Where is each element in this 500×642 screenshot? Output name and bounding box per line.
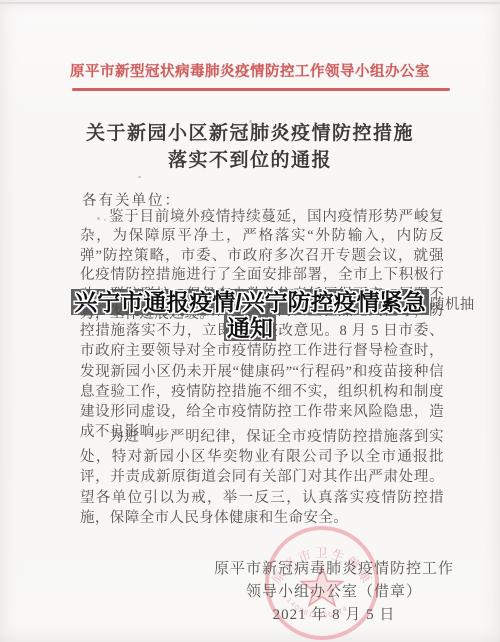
scan-noise-dot	[104, 219, 106, 221]
scan-noise-dot	[97, 217, 100, 220]
caption-line2: 通知	[224, 315, 276, 341]
document-photo: 原平市新型冠状病毒肺炎疫情防控工作领导小组办公室 关于新园小区新冠肺炎疫情防控措…	[0, 0, 500, 642]
signature-block: 原平市新冠病毒肺炎疫情防控工作 领导小组办公室（借章） 2021 年 8 月 5…	[205, 558, 463, 627]
scan-noise-dot	[138, 176, 141, 178]
scan-noise-dot	[230, 515, 232, 517]
caption-line1: 兴宁市通报疫情/兴宁防控疫情紧急	[71, 289, 428, 315]
paragraph-3: 为进一步严明纪律，保证全市疫情防控措施落到实处，特对新园小区华奕物业有限公司予以…	[80, 427, 444, 528]
signature-line2: 领导小组办公室（借章）	[205, 581, 463, 604]
photo-top-edge-line	[0, 2, 500, 4]
signature-line1: 原平市新冠病毒肺炎疫情防控工作	[205, 558, 463, 581]
letterhead-red-rule	[72, 88, 450, 91]
caption-overlay: 兴宁市通报疫情/兴宁防控疫情紧急 通知	[0, 289, 500, 341]
scan-noise-dot	[412, 453, 414, 456]
salutation: 各有关单位：	[82, 189, 181, 210]
doc-title-line2: 落实不到位的通报	[0, 145, 500, 172]
scan-noise-dot	[249, 120, 252, 123]
letterhead-office-title: 原平市新型冠状病毒肺炎疫情防控工作领导小组办公室	[0, 60, 500, 81]
signature-date: 2021 年 8 月 5 日	[205, 604, 463, 627]
